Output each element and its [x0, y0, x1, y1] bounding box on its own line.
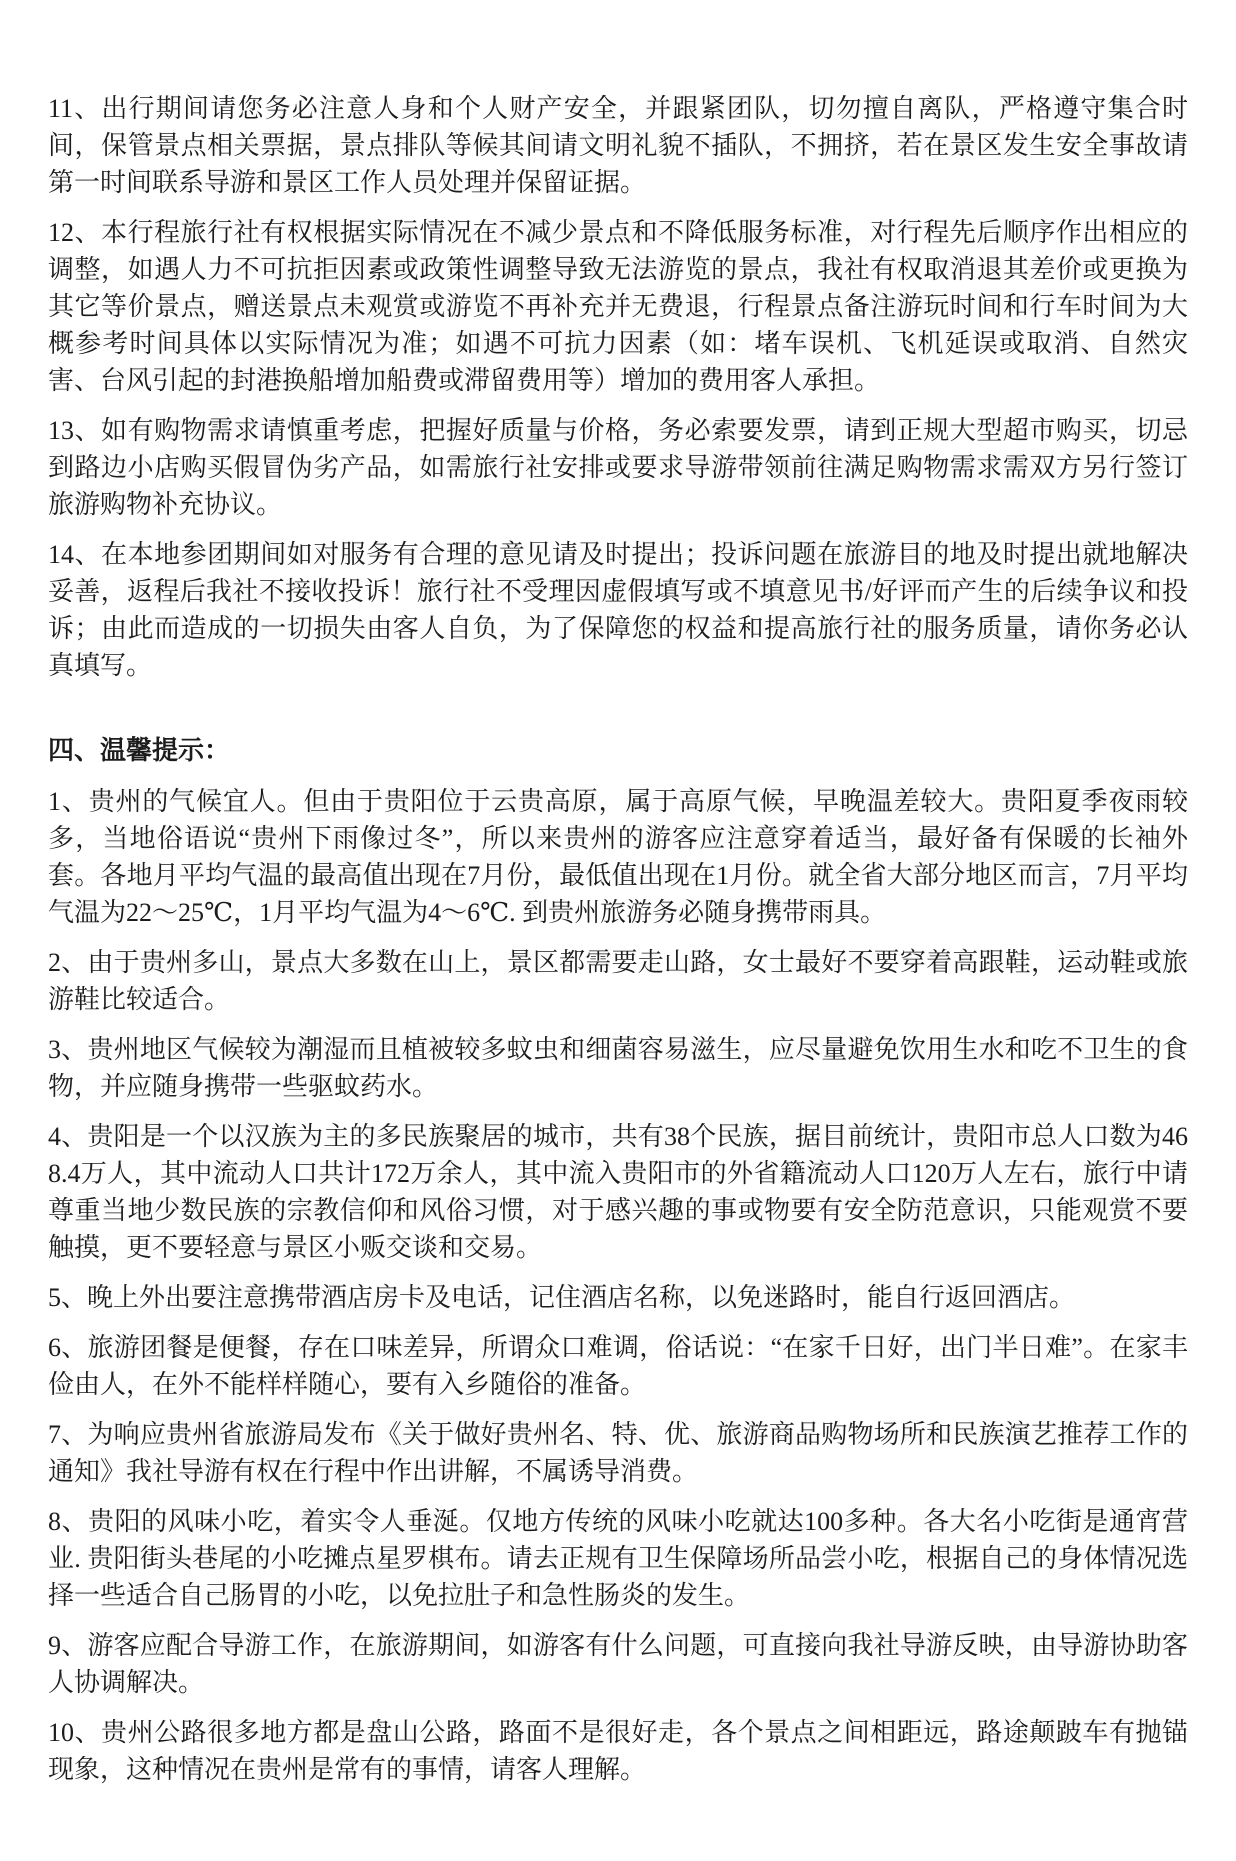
notice-paragraph-13: 13、如有购物需求请慎重考虑，把握好质量与价格，务必索要发票，请到正规大型超市购… [48, 412, 1188, 523]
tip-paragraph-5: 5、晚上外出要注意携带酒店房卡及电话，记住酒店名称，以免迷路时，能自行返回酒店。 [48, 1279, 1188, 1316]
document-page: 11、出行期间请您务必注意人身和个人财产安全，并跟紧团队，切勿擅自离队，严格遵守… [0, 0, 1236, 1861]
tip-paragraph-7: 7、为响应贵州省旅游局发布《关于做好贵州名、特、优、旅游商品购物场所和民族演艺推… [48, 1416, 1188, 1490]
tip-paragraph-6: 6、旅游团餐是便餐，存在口味差异，所谓众口难调，俗话说：“在家千日好，出门半日难… [48, 1329, 1188, 1403]
tip-paragraph-4: 4、贵阳是一个以汉族为主的多民族聚居的城市，共有38个民族，据目前统计，贵阳市总… [48, 1118, 1188, 1266]
tip-paragraph-1: 1、贵州的气候宜人。但由于贵阳位于云贵高原，属于高原气候，早晚温差较大。贵阳夏季… [48, 783, 1188, 931]
notice-paragraph-14: 14、在本地参团期间如对服务有合理的意见请及时提出；投诉问题在旅游目的地及时提出… [48, 536, 1188, 684]
tip-paragraph-10: 10、贵州公路很多地方都是盘山公路，路面不是很好走，各个景点之间相距远，路途颠跛… [48, 1714, 1188, 1788]
notice-paragraph-11: 11、出行期间请您务必注意人身和个人财产安全，并跟紧团队，切勿擅自离队，严格遵守… [48, 90, 1188, 201]
tip-paragraph-9: 9、游客应配合导游工作，在旅游期间，如游客有什么问题，可直接向我社导游反映，由导… [48, 1627, 1188, 1701]
tips-section-heading: 四、温馨提示： [48, 732, 1188, 769]
notice-paragraph-12: 12、本行程旅行社有权根据实际情况在不减少景点和不降低服务标准，对行程先后顺序作… [48, 214, 1188, 399]
tip-paragraph-3: 3、贵州地区气候较为潮湿而且植被较多蚊虫和细菌容易滋生，应尽量避免饮用生水和吃不… [48, 1031, 1188, 1105]
tip-paragraph-8: 8、贵阳的风味小吃，着实令人垂涎。仅地方传统的风味小吃就达100多种。各大名小吃… [48, 1503, 1188, 1614]
tip-paragraph-2: 2、由于贵州多山，景点大多数在山上，景区都需要走山路，女士最好不要穿着高跟鞋，运… [48, 944, 1188, 1018]
